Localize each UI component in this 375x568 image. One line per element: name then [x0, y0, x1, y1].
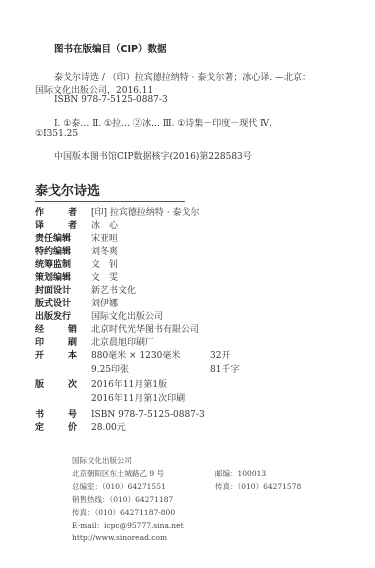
credit-value: 刘伊娜: [91, 298, 118, 311]
title-divider: [35, 201, 185, 202]
credit-label: 译者: [35, 220, 77, 233]
credit-label: 定价: [35, 422, 77, 435]
publisher-sales-hotline: 销售热线：（010）64271187: [72, 494, 173, 505]
credit-extra: 32开: [210, 350, 230, 363]
credit-value: 文 雯: [91, 272, 118, 285]
credit-value: 2016年11月第1次印刷: [91, 393, 185, 406]
credit-value: 文 钊: [91, 259, 118, 272]
credit-value: 28.00元: [91, 422, 126, 435]
credit-label: 版次: [35, 379, 77, 392]
credit-label: 策划编辑: [35, 272, 77, 285]
credit-value: 冰 心: [91, 220, 118, 233]
credit-value: 北京时代光华图书有限公司: [91, 324, 199, 337]
credit-label: 书号: [35, 409, 77, 422]
credit-value: 宋亚晅: [91, 233, 118, 246]
credit-label: 作者: [35, 207, 77, 220]
credit-label: 责任编辑: [35, 233, 77, 246]
credit-value: 刘冬爽: [91, 246, 118, 259]
credit-label: 经销: [35, 324, 77, 337]
credit-label: 印刷: [35, 337, 77, 350]
credit-value: 9.25印张: [91, 364, 129, 377]
credit-label: 封面设计: [35, 285, 77, 298]
credit-value: 2016年11月第1版: [91, 379, 167, 392]
publisher-email: E-mail：icpc@95777.sina.net: [72, 520, 184, 531]
credit-value: [印] 拉宾德拉纳特 · 泰戈尔: [91, 207, 199, 220]
credit-value: ISBN 978-7-5125-0887-3: [91, 409, 205, 422]
cip-isbn: ISBN 978-7-5125-0887-3: [54, 95, 168, 105]
credit-label: 开本: [35, 350, 77, 363]
cip-record-line-1: 泰戈尔诗选 / （印）拉宾德拉纳特 · 泰戈尔著；冰心译. —北京：: [54, 70, 311, 83]
credit-value: 新艺书文化: [91, 285, 136, 298]
credit-extra: 81千字: [210, 364, 239, 377]
credit-label: 出版发行: [35, 311, 77, 324]
publisher-address: 北京朝阳区东土城路乙 9 号: [72, 468, 164, 479]
credit-label: 版式设计: [35, 298, 77, 311]
cip-heading: 图书在版编目（CIP）数据: [54, 41, 166, 55]
publisher-fax: 传真：（010）64271578: [215, 481, 301, 492]
credit-value: 国际文化出版公司: [91, 311, 163, 324]
publisher-website: http://www.sinoread.com: [72, 533, 167, 542]
book-title: 泰戈尔诗选: [35, 180, 100, 199]
credit-value: 北京晨旭印刷厂: [91, 337, 154, 350]
cip-classification-line-2: ①I351.25: [35, 129, 78, 139]
publisher-editorial-office: 总编室：（010）64271551: [72, 481, 166, 492]
cip-classification-line-1: Ⅰ. ①泰… Ⅱ. ①拉… ②冰… Ⅲ. ①诗集－印度－现代 Ⅳ.: [54, 116, 272, 129]
credit-label: 特约编辑: [35, 246, 77, 259]
publisher-postcode: 邮编：100013: [215, 468, 266, 479]
credit-value: 880毫米 × 1230毫米: [91, 350, 180, 363]
publisher-sales-fax: 传真：（010）64271187-800: [72, 507, 175, 518]
cip-verification-number: 中国版本图书馆CIP数据核字(2016)第228583号: [54, 149, 252, 162]
credit-label: 统筹监制: [35, 259, 77, 272]
publisher-name: 国际文化出版公司: [72, 455, 132, 466]
